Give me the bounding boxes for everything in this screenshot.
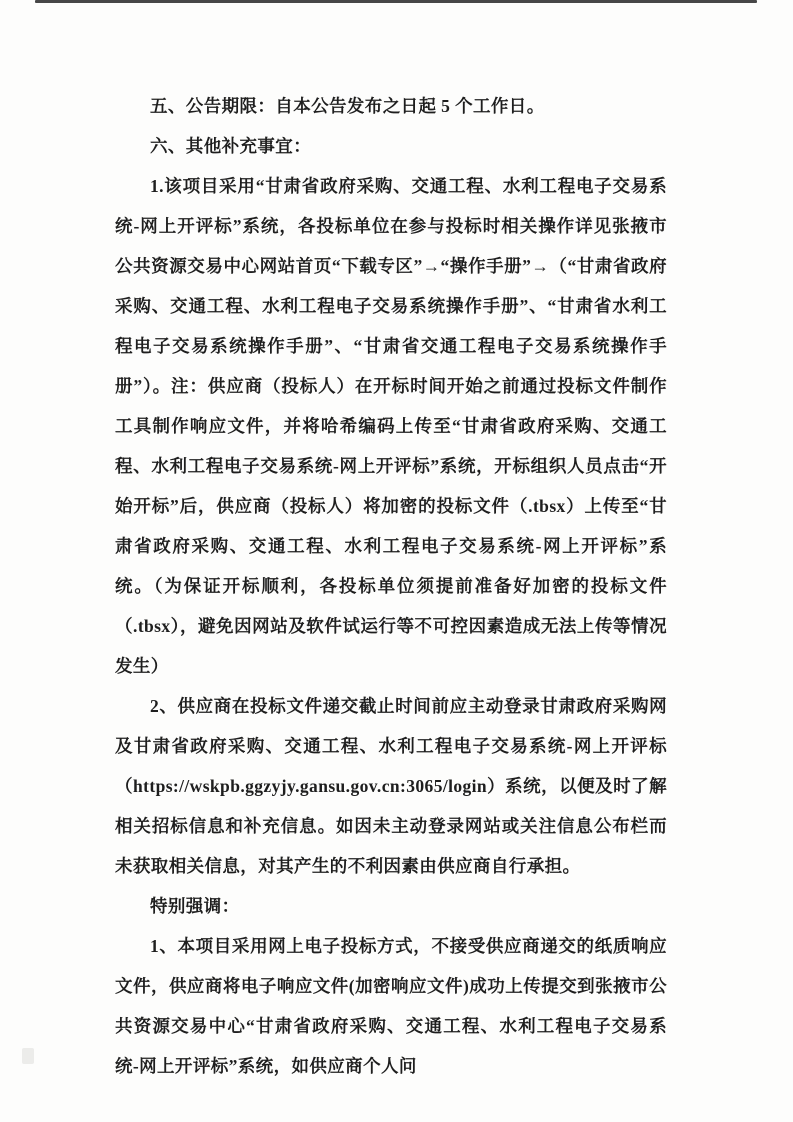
scan-artifact-top-line — [35, 0, 757, 3]
paragraph-special-emphasis-item-1: 1、本项目采用网上电子投标方式，不接受供应商递交的纸质响应文件，供应商将电子响应… — [115, 926, 667, 1086]
scan-artifact-smudge — [22, 1048, 34, 1064]
paragraph-other-matters-item-2: 2、供应商在投标文件递交截止时间前应主动登录甘肃政府采购网及甘肃省政府采购、交通… — [115, 686, 667, 886]
paragraph-notice-period: 五、公告期限：自本公告发布之日起 5 个工作日。 — [115, 86, 667, 126]
paragraph-special-emphasis-heading: 特别强调： — [115, 886, 667, 926]
paragraph-other-matters-heading: 六、其他补充事宜： — [115, 126, 667, 166]
paragraph-other-matters-item-1: 1.该项目采用“甘肃省政府采购、交通工程、水利工程电子交易系统-网上开评标”系统… — [115, 166, 667, 686]
document-body: 五、公告期限：自本公告发布之日起 5 个工作日。 六、其他补充事宜： 1.该项目… — [115, 86, 667, 1086]
document-page: 五、公告期限：自本公告发布之日起 5 个工作日。 六、其他补充事宜： 1.该项目… — [0, 0, 793, 1122]
